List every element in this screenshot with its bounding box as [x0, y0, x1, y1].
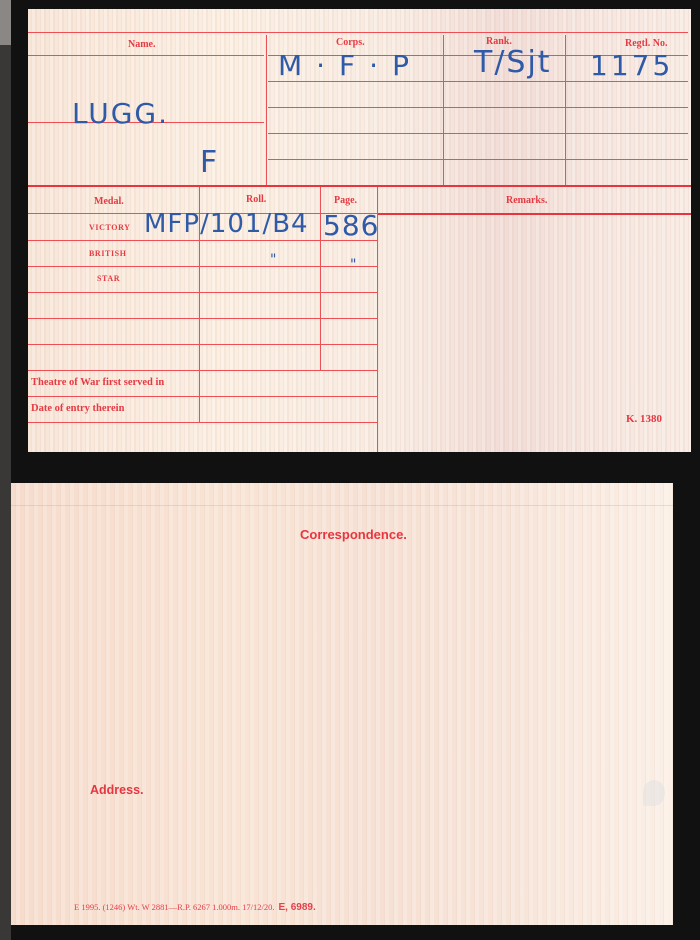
- medal-card-back: Correspondence. Address. E 1995. (1246) …: [11, 483, 673, 925]
- header-name: Name.: [128, 39, 156, 50]
- medal-victory: Victory: [89, 223, 131, 232]
- rule-top: [28, 32, 688, 33]
- entry-rank: T/Sjt: [474, 45, 552, 80]
- entry-corps: M·F·P: [278, 49, 423, 82]
- rule-medal-row-2: [28, 266, 377, 267]
- header-roll: Roll.: [246, 194, 266, 205]
- rule-medal-row-6: [28, 370, 377, 371]
- header-medal: Medal.: [94, 196, 124, 207]
- address-label: Address.: [90, 783, 144, 797]
- rule-medal-row-7: [28, 396, 377, 397]
- col-divider-corps-rank: [443, 35, 444, 185]
- rule-row-2: [268, 107, 688, 108]
- rule-medal-row-3: [28, 292, 377, 293]
- scanner-edge: [0, 0, 11, 940]
- rule-remarks-header: [377, 213, 691, 215]
- entry-initial: F: [200, 145, 217, 180]
- form-code: K. 1380: [626, 413, 662, 425]
- header-page: Page.: [334, 195, 357, 206]
- faint-rule: [11, 505, 673, 506]
- label-theatre-of-war: Theatre of War first served in: [31, 377, 164, 388]
- rule-section-divider: [28, 185, 691, 187]
- rule-medal-row-4: [28, 318, 377, 319]
- entry-page-victory: 586: [323, 209, 379, 242]
- medal-british: British: [89, 249, 127, 258]
- label-date-of-entry: Date of entry therein: [31, 403, 124, 414]
- rule-medal-row-8: [28, 422, 377, 423]
- entry-roll-british: ": [270, 252, 276, 268]
- print-line: E 1995. (1246) Wt. W 2881—R.P. 6267 1.00…: [74, 902, 316, 913]
- rule-row-4: [268, 159, 688, 160]
- medal-card-front: Name. Corps. Rank. Regtl. No. LUGG. F M·…: [28, 9, 691, 452]
- correspondence-title: Correspondence.: [300, 527, 407, 542]
- entry-surname: LUGG.: [72, 97, 169, 130]
- stamp-mark: [643, 780, 665, 806]
- print-line-text: E 1995. (1246) Wt. W 2881—R.P. 6267 1.00…: [74, 902, 274, 912]
- scanner-edge-top: [0, 0, 11, 45]
- header-corps: Corps.: [336, 37, 365, 48]
- entry-regtl-no: 1175: [590, 49, 673, 82]
- rule-row-3: [268, 133, 688, 134]
- rule-medal-row-5: [28, 344, 377, 345]
- header-regtl-no: Regtl. No.: [625, 38, 668, 49]
- header-remarks: Remarks.: [506, 195, 547, 206]
- col-divider-rank-regtl: [565, 35, 566, 185]
- entry-page-british: ": [350, 257, 356, 273]
- rule-name-header: [28, 55, 264, 56]
- col-divider-roll-page: [320, 187, 321, 370]
- col-divider-name-corps: [266, 35, 267, 185]
- medal-star: Star: [97, 274, 120, 283]
- entry-roll-victory: MFP/101/B4: [144, 209, 309, 239]
- print-code: E, 6989.: [278, 902, 315, 913]
